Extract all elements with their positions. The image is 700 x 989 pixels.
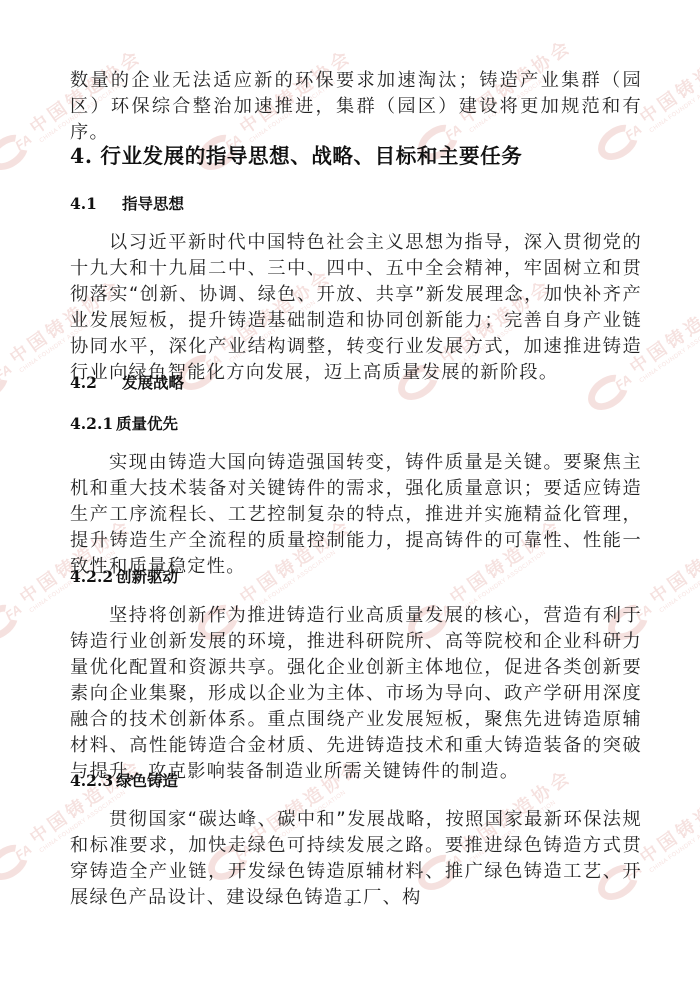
subsection-title: 发展战略 <box>122 373 184 392</box>
subsection-title: 质量优先 <box>116 414 178 433</box>
section-heading-4: 4. 行业发展的指导思想、战略、目标和主要任务 <box>70 139 522 169</box>
subsection-heading-4-2: 4.2发展战略 <box>70 371 184 393</box>
subsection-number: 4.2.2 <box>70 567 116 586</box>
paragraph-green-foundry: 贯彻国家“碳达峰、碳中和”发展战略，按照国家最新环保法规和标准要求，加快走绿色可… <box>70 807 642 911</box>
association-logo-icon <box>0 837 35 887</box>
subsection-title: 绿色铸造 <box>116 771 178 790</box>
association-logo-icon <box>0 357 15 407</box>
subsection-number: 4.2.1 <box>70 414 116 433</box>
association-logo-icon <box>591 117 644 167</box>
subsection-heading-4-1: 4.1指导思想 <box>70 192 184 214</box>
page-number: 9 <box>0 897 700 909</box>
subsection-heading-4-2-1: 4.2.1质量优先 <box>70 412 178 434</box>
association-logo-icon <box>0 597 25 647</box>
association-logo-icon <box>0 127 35 177</box>
paragraph-innovation-driven: 坚持将创新作为推进铸造行业高质量发展的核心，营造有利于铸造行业创新发展的环境，推… <box>70 603 642 785</box>
paragraph-continuation: 数量的企业无法适应新的环保要求加速淘汰；铸造产业集群（园区）环保综合整治加速推进… <box>70 68 642 120</box>
subsection-title: 指导思想 <box>122 194 184 213</box>
paragraph-guiding-ideology: 以习近平新时代中国特色社会主义思想为指导，深入贯彻党的十九大和十九届二中、三中、… <box>70 230 642 386</box>
subsection-number: 4.2 <box>70 373 122 392</box>
subsection-title: 创新驱动 <box>116 567 178 586</box>
subsection-number: 4.1 <box>70 194 122 213</box>
subsection-number: 4.2.3 <box>70 771 116 790</box>
subsection-heading-4-2-2: 4.2.2创新驱动 <box>70 565 178 587</box>
paragraph-quality-first: 实现由铸造大国向铸造强国转变，铸件质量是关键。要聚焦主机和重大技术装备对关键铸件… <box>70 450 642 580</box>
subsection-heading-4-2-3: 4.2.3绿色铸造 <box>70 769 178 791</box>
